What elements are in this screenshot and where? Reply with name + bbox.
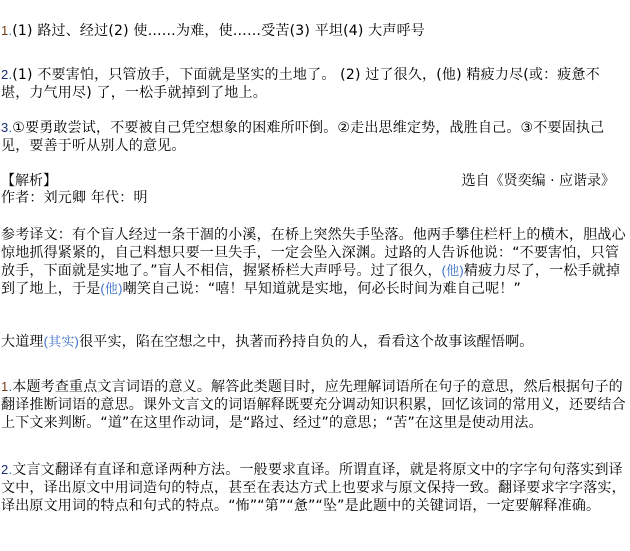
source-citation: 选自《贤奕编 · 应谐录》 <box>462 172 615 190</box>
moral-text: 大道理 <box>1 334 44 350</box>
explanation-2: 2.文言文翻译有直译和意译两种方法。一般要求直译。所谓直译，就是将原文中的字字句… <box>1 461 627 515</box>
analysis-header-row: 【解析】 选自《贤奕编 · 应谐录》 <box>1 172 625 190</box>
moral-paragraph: 大道理(其实)很平实，陷在空想之中，执著而矜持自负的人，看看这个故事该醒悟啊。 <box>1 333 627 351</box>
inserted-word: (其实) <box>44 334 79 349</box>
analysis-heading: 【解析】 <box>1 173 57 189</box>
explanation-1: 1.本题考查重点文言词语的意义。解答此类题目时，应先理解词语所在句子的意思，然后… <box>1 378 627 432</box>
answer-text: (1) 路过、经过(2) 使……为难，使……受苦(3) 平坦(4) 大声呼号 <box>12 23 425 39</box>
answer-2: 2.(1) 不要害怕，只管放手，下面就是坚实的土地了。 (2) 过了很久，(他)… <box>1 66 627 102</box>
reference-translation: 参考译文：有个盲人经过一条干涸的小溪，在桥上突然失手坠落。他两手攀住栏杆上的横木… <box>1 226 627 298</box>
author-line: 作者：刘元卿 年代：明 <box>1 189 627 207</box>
explanation-text: 本题考查重点文言词语的意义。解答此类题目时，应先理解词语所在句子的意思，然后根据… <box>1 379 626 431</box>
moral-text: 很平实，陷在空想之中，执著而矜持自负的人，看看这个故事该醒悟啊。 <box>79 334 533 350</box>
inserted-subject: (他) <box>442 263 464 278</box>
answer-1: 1.(1) 路过、经过(2) 使……为难，使……受苦(3) 平坦(4) 大声呼号 <box>1 22 627 40</box>
answer-3: 3.①要勇敢尝试，不要被自己凭空想象的困难所吓倒。②走出思维定势，战胜自己。③不… <box>1 119 627 155</box>
answer-text: ①要勇敢尝试，不要被自己凭空想象的困难所吓倒。②走出思维定势，战胜自己。③不要固… <box>1 120 604 154</box>
answer-text: (1) 不要害怕，只管放手，下面就是坚实的土地了。 (2) 过了很久，(他) 精… <box>1 67 600 101</box>
inserted-subject: (他) <box>100 281 122 296</box>
explanation-text: 文言文翻译有直译和意译两种方法。一般要求直译。所谓直译，就是将原文中的字字句句落… <box>1 462 626 514</box>
translation-text: 嘲笑自己说：“嘻！早知道就是实地，何必长时间为难自己呢！” <box>123 281 521 297</box>
